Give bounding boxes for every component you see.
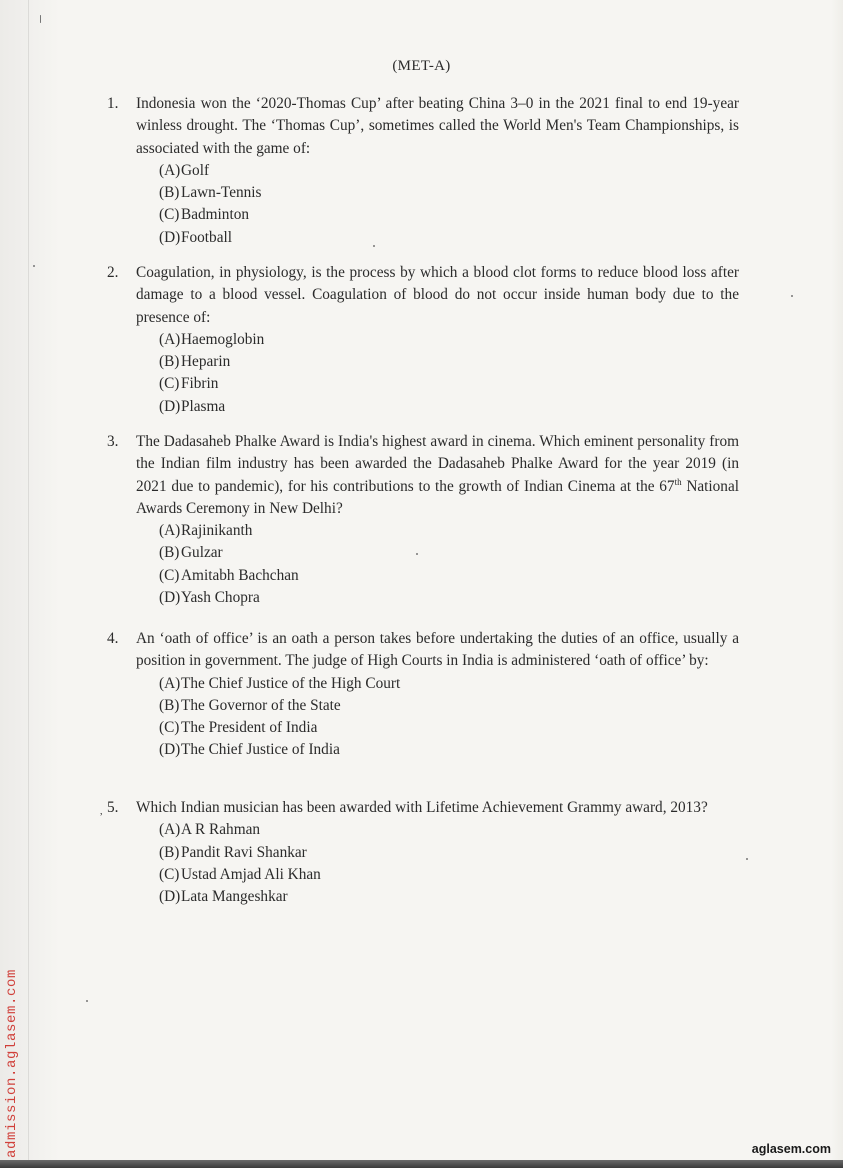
option-a: (A)Haemoglobin [159, 329, 739, 351]
scan-speck [86, 1000, 88, 1002]
scan-speck [791, 295, 793, 297]
scan-speck [33, 265, 35, 267]
option-a: (A)The Chief Justice of the High Court [159, 673, 739, 695]
option-a: (A)Rajinikanth [159, 520, 739, 542]
page-edge [831, 0, 843, 1160]
paper-code: (MET-A) [0, 58, 843, 75]
question-text: Coagulation, in physiology, is the proce… [136, 262, 739, 329]
question-4: 4. An ‘oath of office’ is an oath a pers… [107, 628, 739, 762]
options-list: (A)Rajinikanth (B)Gulzar (C)Amitabh Bach… [159, 520, 739, 609]
option-c: (C)Ustad Amjad Ali Khan [159, 864, 739, 886]
question-number: 1. [107, 93, 118, 115]
option-d: (D)Yash Chopra [159, 587, 739, 609]
question-number: 2. [107, 262, 118, 284]
option-c: (C)The President of India [159, 717, 739, 739]
question-text: The Dadasaheb Phalke Award is India's hi… [136, 431, 739, 520]
option-d: (D)Lata Mangeshkar [159, 886, 739, 908]
question-number: 5. [107, 797, 118, 819]
scan-speck [373, 245, 375, 247]
question-text: Which Indian musician has been awarded w… [136, 797, 739, 819]
options-list: (A)Haemoglobin (B)Heparin (C)Fibrin (D)P… [159, 329, 739, 418]
question-5: , 5. Which Indian musician has been awar… [107, 797, 739, 908]
option-b: (B)Pandit Ravi Shankar [159, 842, 739, 864]
side-watermark: admission.aglasem.com [4, 948, 22, 1158]
option-c: (C)Badminton [159, 204, 739, 226]
option-d: (D)Plasma [159, 396, 739, 418]
question-2: 2. Coagulation, in physiology, is the pr… [107, 262, 739, 418]
option-c: (C)Amitabh Bachchan [159, 565, 739, 587]
option-d: (D)Football [159, 227, 739, 249]
scan-speck [40, 15, 41, 23]
question-number: 3. [107, 431, 118, 453]
options-list: (A)The Chief Justice of the High Court (… [159, 673, 739, 762]
bottom-watermark: aglasem.com [752, 1142, 831, 1156]
question-1: 1. Indonesia won the ‘2020-Thomas Cup’ a… [107, 93, 739, 249]
option-a: (A)A R Rahman [159, 819, 739, 841]
question-text: Indonesia won the ‘2020-Thomas Cup’ afte… [136, 93, 739, 160]
question-number: 4. [107, 628, 118, 650]
scan-speck [416, 553, 418, 555]
question-3: 3. The Dadasaheb Phalke Award is India's… [107, 431, 739, 609]
question-text: An ‘oath of office’ is an oath a person … [136, 628, 739, 673]
option-b: (B)Lawn-Tennis [159, 182, 739, 204]
options-list: (A)Golf (B)Lawn-Tennis (C)Badminton (D)F… [159, 160, 739, 249]
scan-speck [746, 858, 748, 860]
scan-fold-line [28, 0, 29, 1160]
option-b: (B)Heparin [159, 351, 739, 373]
options-list: (A)A R Rahman (B)Pandit Ravi Shankar (C)… [159, 819, 739, 908]
option-c: (C)Fibrin [159, 373, 739, 395]
option-b: (B)Gulzar [159, 542, 739, 564]
option-a: (A)Golf [159, 160, 739, 182]
scan-bottom-edge [0, 1160, 843, 1168]
ordinal-suffix: th [675, 477, 682, 487]
option-d: (D)The Chief Justice of India [159, 739, 739, 761]
option-b: (B)The Governor of the State [159, 695, 739, 717]
stray-mark: , [100, 801, 103, 823]
